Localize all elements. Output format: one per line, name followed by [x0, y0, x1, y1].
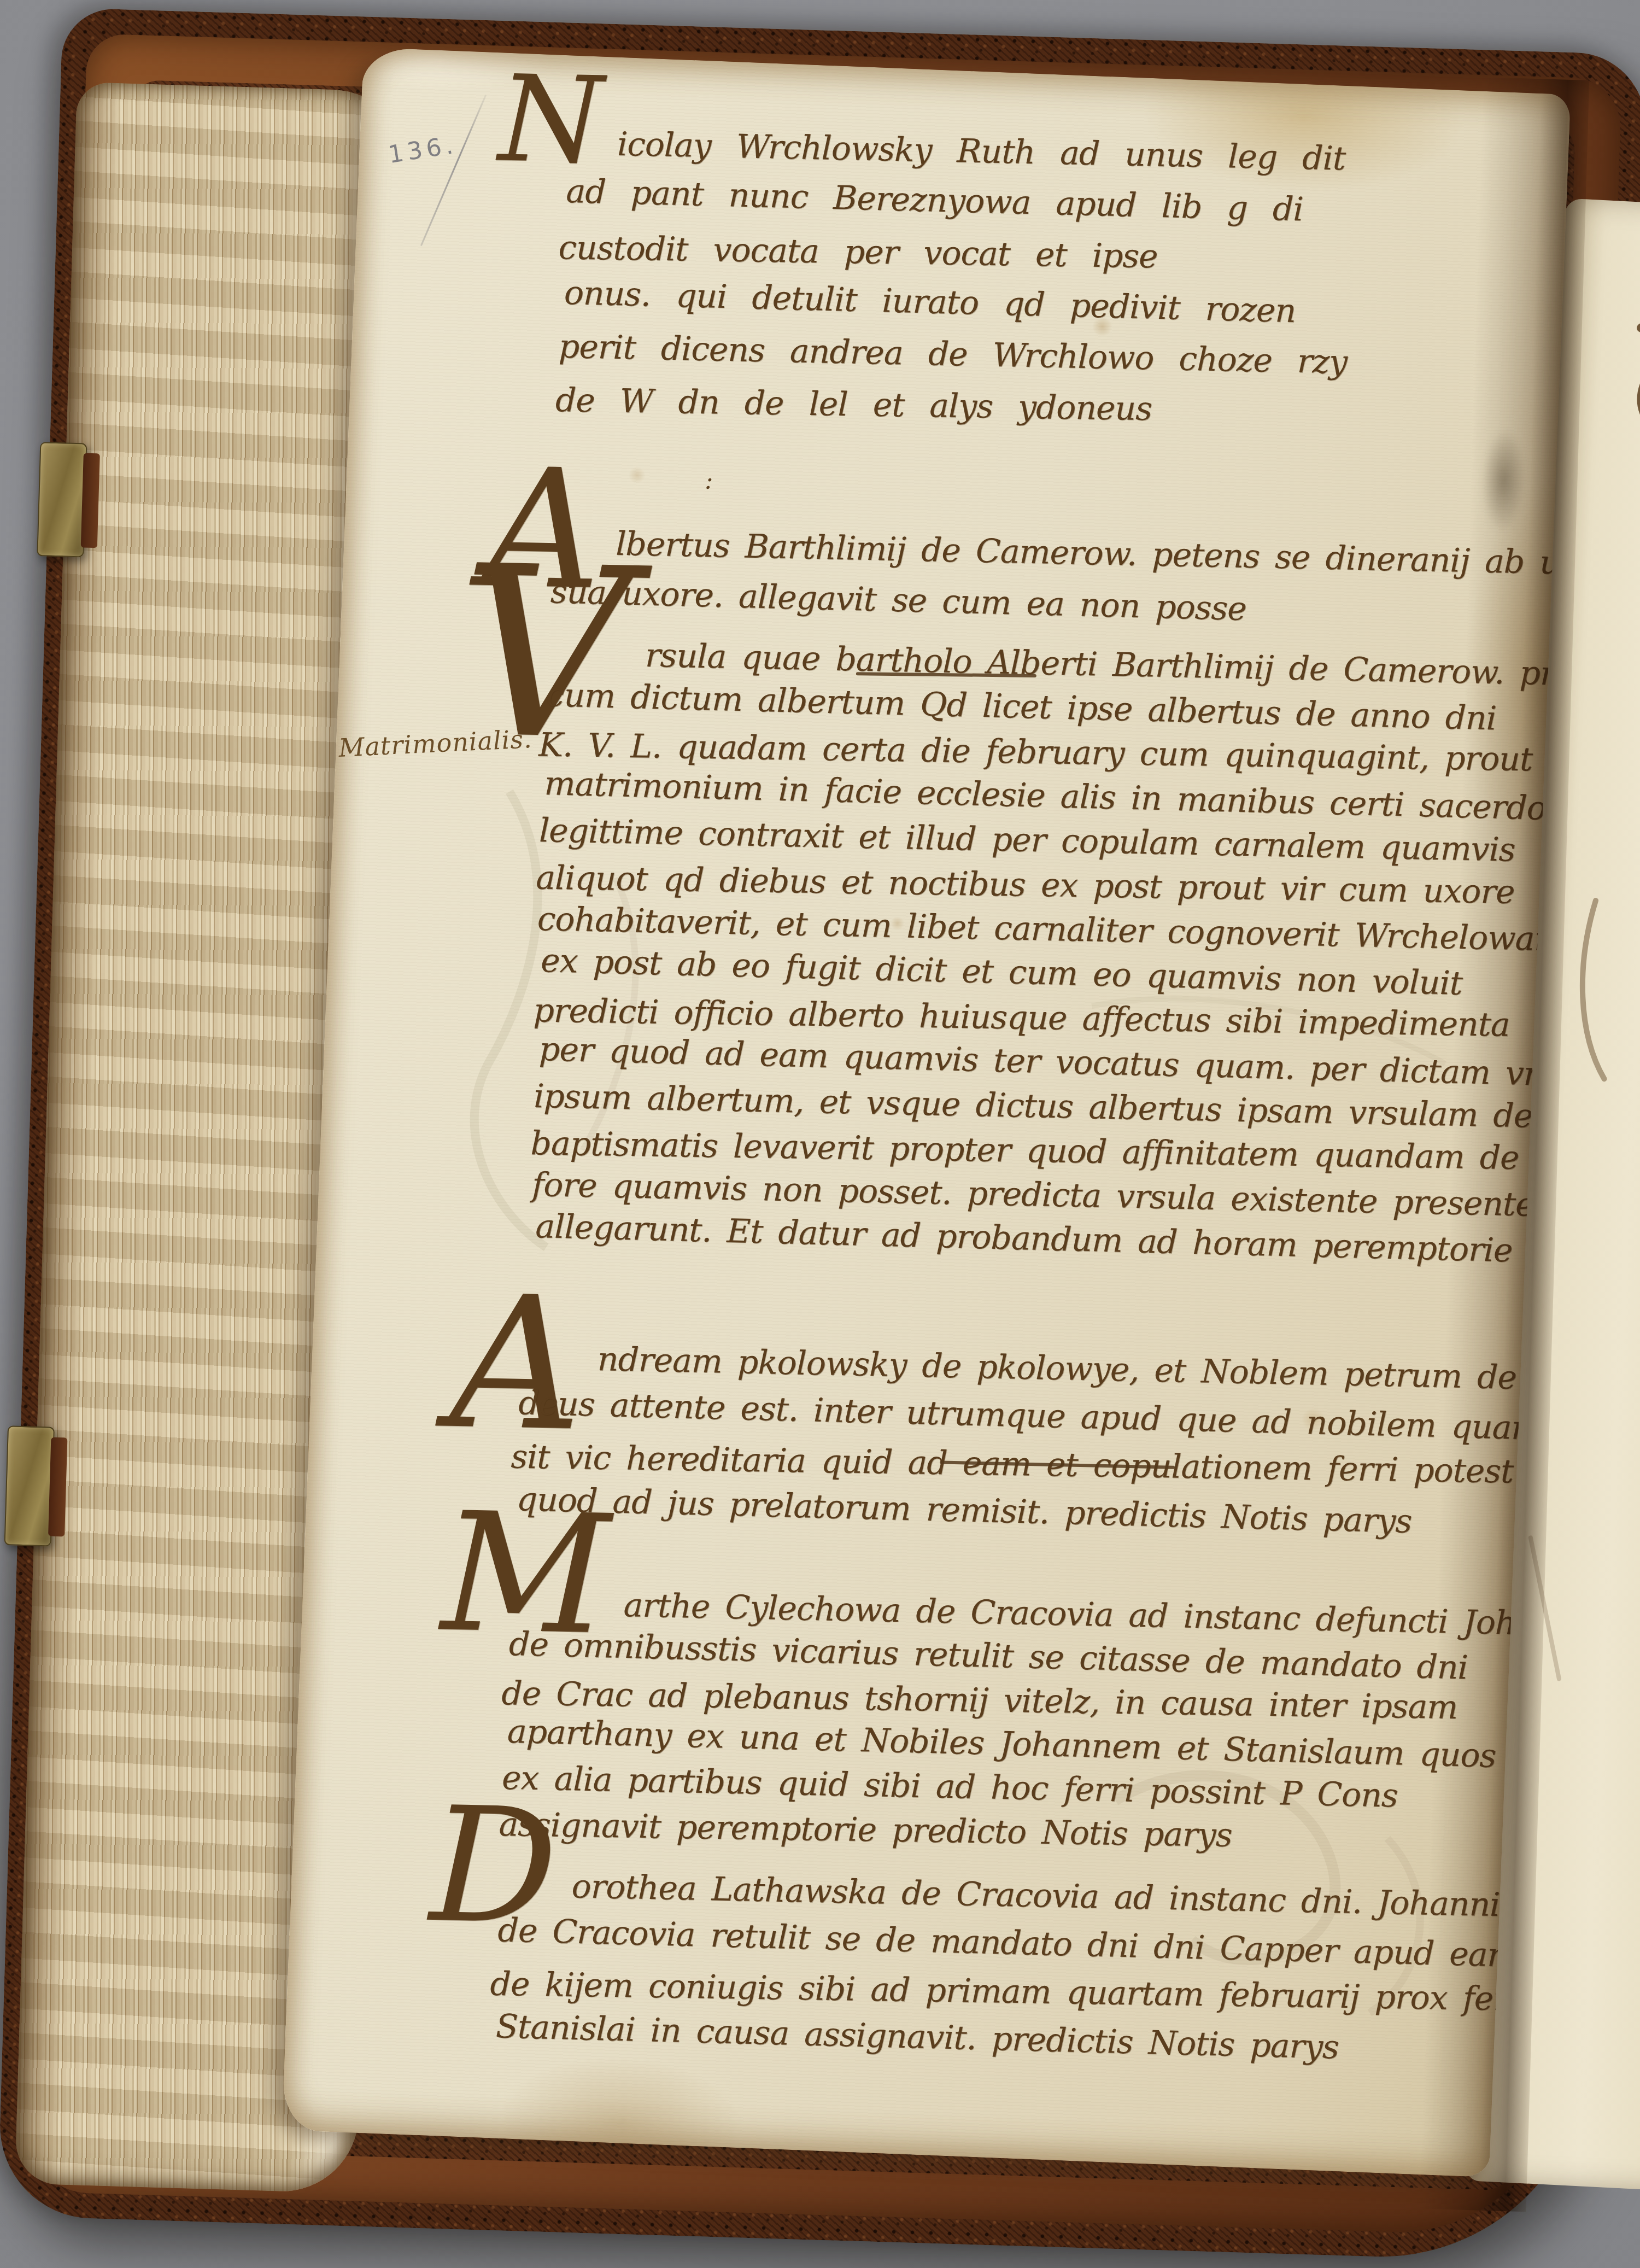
folio-number: 136.	[386, 131, 459, 169]
book: 136. Matrimonialis. : Nicolay Wrchlowsky…	[0, 8, 1640, 2263]
manuscript-entry-3: Vrsula quae bartholo Alberti Barthlimij …	[531, 632, 1571, 1275]
manuscript-page: 136. Matrimonialis. : Nicolay Wrchlowsky…	[282, 47, 1571, 2177]
pencil-stroke	[420, 95, 487, 246]
manuscript-entry-5: Marthe Cylechowa de Cracovia ad instanc …	[501, 1574, 1571, 1867]
manuscript-entry-2: Albertus Barthlimij de Camerow. petens s…	[546, 517, 1571, 644]
entry-divider-mark: :	[704, 466, 713, 495]
brass-clasp	[37, 442, 87, 557]
manuscript-photograph: 136. Matrimonialis. : Nicolay Wrchlowsky…	[0, 0, 1640, 2268]
brass-clasp	[4, 1425, 55, 1546]
manuscript-entry-1: Nicolay Wrchlowsky Ruth ad unus leg dit …	[557, 118, 1571, 446]
manuscript-entry-4: Andream pkolowsky de pkolowye, et Noblem…	[512, 1334, 1571, 1549]
manuscript-entry-6: Dorothea Lathawska de Cracovia ad instan…	[491, 1861, 1571, 2076]
